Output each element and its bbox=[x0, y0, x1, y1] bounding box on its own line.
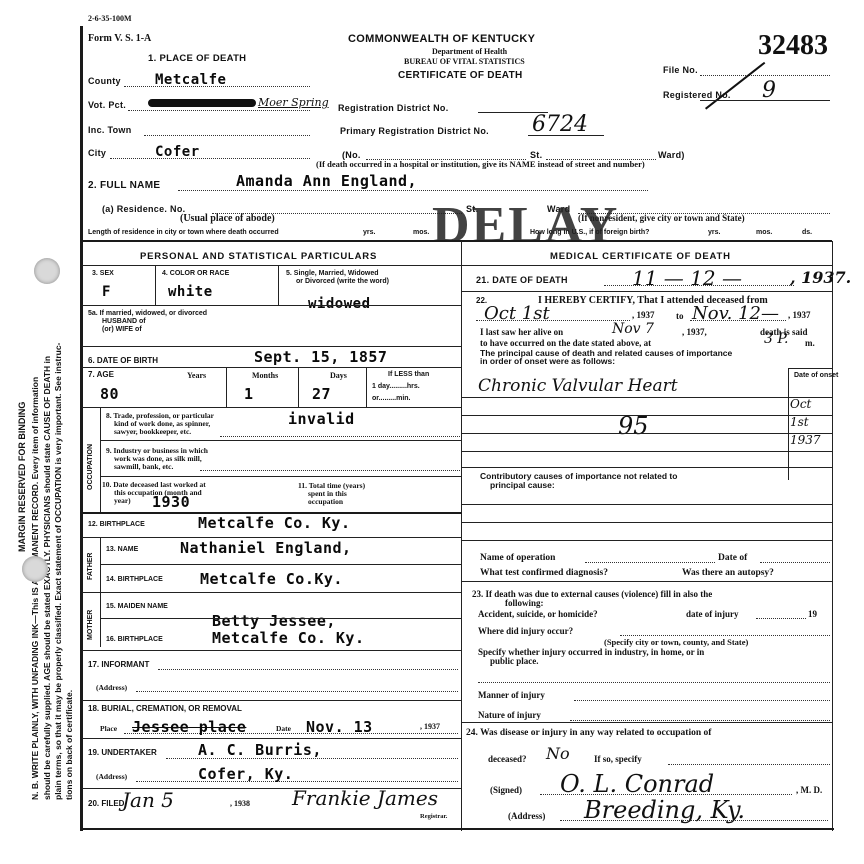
father-birthplace-label: 14. BIRTHPLACE bbox=[106, 576, 163, 584]
foreign-mos-label: mos. bbox=[756, 229, 772, 237]
form-right-border bbox=[832, 241, 833, 831]
father-birthplace-value: Metcalfe Co.Ky. bbox=[200, 570, 343, 588]
attended-from-year: , 1937 bbox=[632, 310, 655, 320]
external-label-2: following: bbox=[505, 598, 544, 608]
full-name-value: Amanda Ann England, bbox=[236, 172, 417, 190]
hospital-note: (If death occurred in a hospital or inst… bbox=[316, 159, 645, 169]
race-value: white bbox=[168, 284, 213, 300]
county-value: Metcalfe bbox=[155, 72, 226, 88]
county-label: County bbox=[88, 76, 121, 86]
contributory-text-2: principal cause: bbox=[490, 481, 555, 489]
personal-heading: PERSONAL AND STATISTICAL PARTICULARS bbox=[140, 251, 377, 262]
day-hrs-label: 1 day.........hrs. bbox=[372, 383, 420, 391]
abode-note: (Usual place of abode) bbox=[180, 213, 275, 224]
vot-pct-label: Vot. Pct. bbox=[88, 100, 126, 110]
residence-label: (a) Residence. No. bbox=[102, 204, 185, 214]
where-injury-label: Where did injury occur? bbox=[478, 626, 573, 636]
specify-city-note: (Specify city or town, county, and State… bbox=[604, 637, 748, 647]
length-residence-label: Length of residence in city or town wher… bbox=[88, 229, 279, 237]
occurred-text: to have occurred on the date stated abov… bbox=[480, 338, 651, 348]
attended-to-value: Nov. 12— bbox=[692, 303, 779, 324]
occupation-tab: OCCUPATION bbox=[87, 444, 94, 490]
spouse-label-3: (or) WIFE of bbox=[102, 326, 142, 334]
margin-line-3: plain terms, so that it may be properly … bbox=[53, 343, 63, 800]
form-number: Form V. S. 1-A bbox=[88, 33, 151, 44]
less-than-label: If LESS than bbox=[388, 371, 429, 379]
injury-date-label: date of injury bbox=[686, 609, 739, 619]
mother-maiden-value: Betty Jessee, bbox=[212, 612, 336, 630]
binding-hole-upper bbox=[34, 258, 60, 284]
days-value: 27 bbox=[312, 385, 331, 403]
principal-text-2: in order of onset were as follows: bbox=[480, 357, 615, 365]
spouse-label-2: HUSBAND of bbox=[102, 318, 146, 326]
margin-line-4: tions on back of certificate. bbox=[64, 690, 74, 800]
filed-value: Jan 5 bbox=[122, 788, 174, 812]
days-label: Days bbox=[330, 371, 347, 380]
department-name: Department of Health bbox=[432, 47, 507, 56]
length-yrs-label: yrs. bbox=[363, 229, 375, 237]
nature-label: Nature of injury bbox=[478, 710, 541, 720]
cause-code: 95 bbox=[618, 412, 649, 440]
trade-label-3: sawyer, bookkeeper, etc. bbox=[114, 427, 191, 436]
months-label: Months bbox=[252, 371, 278, 380]
burial-place-label: Place bbox=[100, 724, 117, 733]
physician-address-label: (Address) bbox=[508, 811, 545, 821]
filed-label: 20. FILED bbox=[88, 800, 124, 808]
or-min-label: or.........min. bbox=[372, 395, 411, 403]
vot-pct-value: Moer Spring bbox=[258, 96, 329, 109]
margin-reserved-text: MARGIN RESERVED FOR BINDING bbox=[17, 402, 27, 552]
signed-label: (Signed) bbox=[490, 785, 522, 795]
file-no-label: File No. bbox=[663, 65, 698, 75]
burial-year: , 1937 bbox=[420, 722, 440, 731]
mother-birthplace-label: 16. BIRTHPLACE bbox=[106, 636, 163, 644]
undertaker-address-label: (Address) bbox=[96, 772, 127, 781]
marital-value: widowed bbox=[308, 296, 371, 312]
occupation-related-1: 24. Was disease or injury in any way rel… bbox=[466, 728, 711, 738]
last-saw-label: I last saw her alive on bbox=[480, 327, 563, 337]
binding-hole-lower bbox=[22, 556, 48, 582]
months-value: 1 bbox=[244, 385, 254, 403]
redaction-mark bbox=[148, 99, 256, 107]
sex-label: 3. SEX bbox=[92, 270, 114, 278]
dod-value: 11 — 12 — bbox=[632, 266, 742, 290]
full-name-label: 2. FULL NAME bbox=[88, 180, 160, 191]
primary-district-value: 6724 bbox=[532, 112, 588, 137]
m-label: m. bbox=[805, 338, 815, 348]
trade-value: invalid bbox=[288, 410, 355, 428]
mother-maiden-label: 15. MAIDEN NAME bbox=[106, 603, 168, 611]
attended-to-label: to bbox=[676, 311, 684, 321]
mother-birthplace-value: Metcalfe Co. Ky. bbox=[212, 629, 365, 647]
registered-number: 9 bbox=[762, 78, 776, 103]
registered-no-label: Registered No. bbox=[663, 90, 731, 100]
marital-label-2: or Divorced (write the word) bbox=[296, 278, 389, 286]
onset-value: Oct 1st 1937 bbox=[790, 395, 832, 449]
industry-label-3: sawmill, bank, etc. bbox=[114, 462, 173, 471]
father-name-label: 13. NAME bbox=[106, 546, 138, 554]
manner-label: Manner of injury bbox=[478, 690, 545, 700]
informant-address-label: (Address) bbox=[96, 683, 127, 692]
autopsy-label: Was there an autopsy? bbox=[682, 568, 774, 578]
file-number: 32483 bbox=[758, 30, 828, 62]
margin-line-1: N. B. WRITE PLAINLY, WITH UNFADING INK—T… bbox=[30, 377, 40, 800]
last-worked-label-3: year) bbox=[114, 496, 131, 505]
certificate-title: CERTIFICATE OF DEATH bbox=[398, 70, 523, 81]
race-label: 4. COLOR OR RACE bbox=[162, 270, 229, 278]
accident-label: Accident, suicide, or homicide? bbox=[478, 609, 598, 619]
registrar-signature: Frankie James bbox=[292, 786, 438, 810]
total-time-label-3: occupation bbox=[308, 497, 343, 506]
occupation-related-value: No bbox=[546, 744, 570, 763]
foreign-yrs-label: yrs. bbox=[708, 229, 720, 237]
onset-label: Date of onset bbox=[794, 372, 838, 380]
column-divider bbox=[461, 241, 462, 831]
physician-address-value: Breeding, Ky. bbox=[584, 796, 745, 824]
operation-date-label: Date of bbox=[718, 553, 747, 563]
md-label: , M. D. bbox=[796, 785, 822, 795]
years-label: Years bbox=[187, 371, 206, 380]
dod-year: , 1937. bbox=[790, 268, 851, 287]
time-value: 3 P. bbox=[764, 331, 788, 347]
mother-tab: MOTHER bbox=[87, 610, 94, 640]
father-name-value: Nathaniel England, bbox=[180, 539, 352, 557]
registration-district-label: Registration District No. bbox=[338, 103, 449, 113]
specify-whether-2: public place. bbox=[490, 656, 539, 666]
birthplace-label: 12. BIRTHPLACE bbox=[88, 521, 145, 529]
informant-label: 17. INFORMANT bbox=[88, 661, 149, 669]
form-left-border bbox=[80, 26, 83, 831]
sex-value: F bbox=[102, 284, 111, 300]
bureau-name: BUREAU OF VITAL STATISTICS bbox=[404, 57, 525, 66]
filed-year: , 1938 bbox=[230, 799, 250, 808]
primary-district-label: Primary Registration District No. bbox=[340, 126, 489, 136]
occupation-related-2: deceased? bbox=[488, 754, 527, 764]
burial-date-value: Nov. 13 bbox=[306, 718, 373, 736]
last-saw-value: Nov 7 bbox=[612, 321, 654, 337]
inc-town-label: Inc. Town bbox=[88, 125, 132, 135]
burial-label: 18. BURIAL, CREMATION, OR REMOVAL bbox=[88, 705, 242, 713]
operation-label: Name of operation bbox=[480, 553, 555, 563]
place-of-death-heading: 1. PLACE OF DEATH bbox=[148, 53, 246, 64]
last-worked-value: 1930 bbox=[152, 493, 190, 511]
medical-heading: MEDICAL CERTIFICATE OF DEATH bbox=[550, 251, 731, 262]
attended-to-year: , 1937 bbox=[788, 310, 811, 320]
injury-year: 19 bbox=[808, 609, 817, 619]
last-saw-year: , 1937, bbox=[682, 327, 707, 337]
commonwealth-title: COMMONWEALTH OF KENTUCKY bbox=[348, 33, 535, 45]
attended-from-value: Oct 1st bbox=[484, 303, 550, 324]
dod-label: 21. DATE OF DEATH bbox=[476, 275, 568, 285]
father-tab: FATHER bbox=[87, 553, 94, 580]
ward-label: Ward) bbox=[658, 150, 685, 160]
length-mos-label: mos. bbox=[413, 229, 429, 237]
marital-label-1: 5. Single, Married, Widowed bbox=[286, 270, 379, 278]
foreign-ds-label: ds. bbox=[802, 229, 812, 237]
birthplace-value: Metcalfe Co. Ky. bbox=[198, 514, 351, 532]
cause-value: Chronic Valvular Heart bbox=[478, 376, 678, 396]
physician-signature: O. L. Conrad bbox=[560, 770, 714, 798]
burial-date-label: Date bbox=[276, 724, 291, 733]
undertaker-label: 19. UNDERTAKER bbox=[88, 749, 157, 757]
burial-place-value: Jessee place bbox=[132, 718, 246, 736]
age-label: 7. AGE bbox=[88, 371, 114, 379]
dob-label: 6. DATE OF BIRTH bbox=[88, 357, 158, 365]
diagnosis-label: What test confirmed diagnosis? bbox=[480, 568, 608, 578]
city-value: Cofer bbox=[155, 144, 200, 160]
years-value: 80 bbox=[100, 385, 119, 403]
dob-value: Sept. 15, 1857 bbox=[254, 348, 387, 366]
undertaker-value: A. C. Burris, bbox=[198, 741, 322, 759]
if-so-label: If so, specify bbox=[594, 754, 642, 764]
check-mark-stroke bbox=[705, 62, 765, 110]
city-label: City bbox=[88, 148, 106, 158]
registrar-label: Registrar. bbox=[420, 813, 447, 820]
spouse-label-1: 5a. If married, widowed, or divorced bbox=[88, 310, 207, 318]
print-code: 2-6-35-100M bbox=[88, 14, 132, 23]
contributory-text-1: Contributory causes of importance not re… bbox=[480, 472, 677, 480]
undertaker-address-value: Cofer, Ky. bbox=[198, 765, 293, 783]
